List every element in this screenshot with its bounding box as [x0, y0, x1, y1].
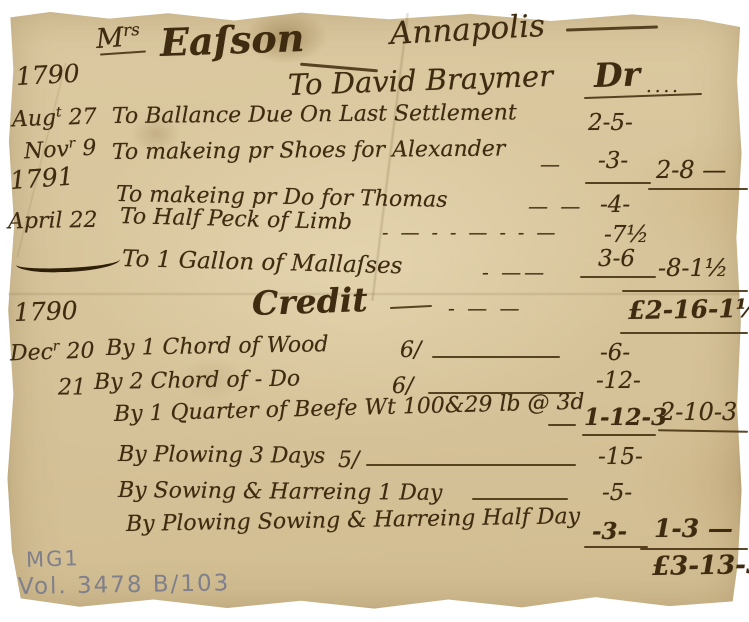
credit-row-desc: By 1 Chord of Wood: [106, 332, 329, 361]
date-month: April: [8, 208, 63, 234]
amount-underline: [582, 434, 656, 436]
credit-row-amount: 1-12-3: [584, 404, 667, 431]
debit-row-desc: To Ballance Due On Last Settlement: [112, 100, 517, 129]
fill-dashes: - — - - — - - —: [382, 222, 558, 244]
fill-dashes: —: [540, 152, 563, 176]
debit-year: 1790: [15, 59, 80, 91]
credit-title: Credit: [251, 280, 368, 323]
fill-dashes: — —: [528, 194, 583, 218]
date-month: Dec: [10, 340, 54, 366]
salutation-superscript: rs: [122, 19, 140, 40]
salutation: Mrs: [95, 19, 141, 55]
unit-price: 6/: [400, 338, 421, 363]
credit-row-amount: -15-: [598, 444, 643, 470]
credit-row-amount: -12-: [596, 368, 641, 394]
credit-row-desc: By Plowing 3 Days: [118, 442, 325, 469]
date-month: Aug: [12, 106, 57, 133]
unit-price: 5/: [338, 448, 359, 473]
fill-dashes: - ——: [482, 260, 547, 284]
debit-row-date: Novr 9: [23, 134, 97, 164]
addressee-name: Eaſson: [159, 15, 305, 65]
debit-year-marker: 1791: [9, 162, 74, 195]
date-month: Nov: [23, 137, 69, 164]
dr-abbreviation: Dr: [593, 54, 640, 95]
date-day: 21: [58, 375, 86, 400]
credit-row-desc: By Sowing & Harreing 1 Day: [118, 478, 443, 506]
amount-underline: [580, 276, 656, 278]
credit-row-date: 21: [58, 374, 86, 400]
scanned-document: Mrs Eaſson Annapolis 1790 To David Braym…: [0, 0, 749, 622]
fill-line: [472, 498, 568, 500]
credit-row-desc: By 2 Chord of - Do: [94, 366, 301, 395]
amount-underline: [585, 182, 651, 184]
amount-underline: [584, 546, 648, 548]
debit-row-amount: 2-5-: [588, 110, 633, 136]
date-day: 9: [75, 136, 97, 162]
date-day: 22: [62, 208, 97, 234]
debit-total-underline: [620, 332, 748, 334]
debit-row-date: Augt 27: [12, 103, 97, 132]
debit-row-amount: -4-: [600, 192, 630, 218]
debit-row-date: April 22: [8, 206, 98, 234]
date-day: 27: [61, 104, 97, 130]
subtotal-underline: [648, 188, 748, 190]
debit-total: £2-16-1½: [628, 294, 749, 325]
debit-row-amount: -7½: [604, 222, 649, 248]
credit-row-amount: -6-: [600, 340, 630, 366]
credit-row-date: Decr 20: [10, 337, 95, 366]
subtotal-underline: [622, 290, 748, 292]
credit-title-dashes: - — —: [448, 296, 522, 320]
date-day: 20: [59, 338, 95, 364]
fill-line: [548, 424, 576, 426]
fill-line: [432, 356, 560, 358]
credit-subtotal-plow: 1-3 —: [654, 514, 733, 543]
debit-subtotal-goods: -8-1½: [658, 254, 728, 282]
debit-subtotal-shoes: 2-8 —: [656, 156, 726, 184]
credit-row-amount: -3-: [592, 518, 627, 545]
debit-row-desc: To makeing pr Shoes for Alexander: [112, 137, 506, 165]
fill-line: [366, 464, 576, 466]
credit-year: 1790: [13, 296, 78, 327]
credit-total: £3-13-3: [652, 550, 749, 582]
salutation-main: M: [95, 22, 125, 55]
debit-row-amount: 3-6: [598, 246, 635, 272]
archive-note-line1: MG1: [26, 546, 81, 572]
credit-row-amount: -5-: [602, 480, 632, 506]
debit-row-amount: -3-: [598, 148, 628, 174]
archive-note-line2: Vol. 3478 B/103: [18, 570, 231, 600]
credit-subtotal-beef: 2-10-3: [660, 398, 737, 426]
